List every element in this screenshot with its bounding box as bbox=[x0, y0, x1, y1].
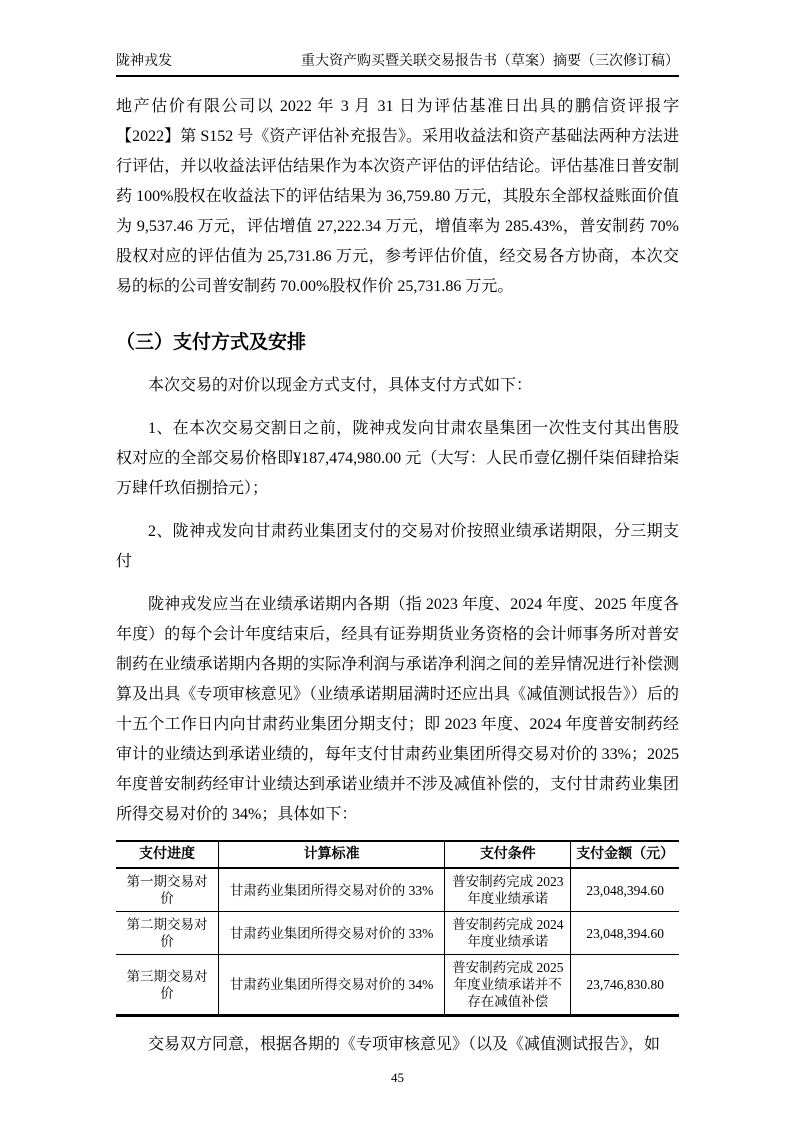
cell-stage: 第一期交易对价 bbox=[116, 868, 218, 912]
header-report-title: 重大资产购买暨关联交易报告书（草案）摘要（三次修订稿） bbox=[301, 50, 679, 70]
col-header-payment-amount: 支付金额（元） bbox=[571, 841, 679, 868]
paragraph-payment-item2: 2、陇神戎发向甘肃药业集团支付的交易对价按照业绩承诺期限，分三期支付 bbox=[116, 517, 679, 577]
cell-condition: 普安制药完成 2025 年度业绩承诺并不存在减值补偿 bbox=[445, 955, 571, 1016]
paragraph-installment-terms: 陇神戎发应当在业绩承诺期内各期（指 2023 年度、2024 年度、2025 年… bbox=[116, 590, 679, 830]
table-header-row: 支付进度 计算标准 支付条件 支付金额（元） bbox=[116, 841, 679, 868]
cell-standard: 甘肃药业集团所得交易对价的 33% bbox=[218, 868, 444, 912]
page-number: 45 bbox=[116, 1070, 679, 1086]
cell-amount: 23,048,394.60 bbox=[571, 868, 679, 912]
col-header-payment-condition: 支付条件 bbox=[445, 841, 571, 868]
table-row: 第三期交易对价 甘肃药业集团所得交易对价的 34% 普安制药完成 2025 年度… bbox=[116, 955, 679, 1016]
section-heading-payment: （三）支付方式及安排 bbox=[116, 328, 679, 358]
cell-stage: 第二期交易对价 bbox=[116, 912, 218, 955]
table-row: 第二期交易对价 甘肃药业集团所得交易对价的 33% 普安制药完成 2024 年度… bbox=[116, 912, 679, 955]
cell-condition: 普安制药完成 2024 年度业绩承诺 bbox=[445, 912, 571, 955]
cell-standard: 甘肃药业集团所得交易对价的 34% bbox=[218, 955, 444, 1016]
cell-standard: 甘肃药业集团所得交易对价的 33% bbox=[218, 912, 444, 955]
paragraph-payment-item1: 1、在本次交易交割日之前，陇神戎发向甘肃农垦集团一次性支付其出售股权对应的全部交… bbox=[116, 414, 679, 504]
page-header: 陇神戎发 重大资产购买暨关联交易报告书（草案）摘要（三次修订稿） bbox=[116, 50, 679, 77]
document-page: 陇神戎发 重大资产购买暨关联交易报告书（草案）摘要（三次修订稿） 地产估价有限公… bbox=[0, 0, 793, 1122]
paragraph-agreement: 交易双方同意，根据各期的《专项审核意见》（以及《减值测试报告》，如 bbox=[116, 1030, 679, 1060]
header-company-name: 陇神戎发 bbox=[116, 50, 172, 70]
paragraph-payment-intro: 本次交易的对价以现金方式支付，具体支付方式如下： bbox=[116, 371, 679, 401]
col-header-payment-stage: 支付进度 bbox=[116, 841, 218, 868]
cell-amount: 23,048,394.60 bbox=[571, 912, 679, 955]
cell-condition: 普安制药完成 2023 年度业绩承诺 bbox=[445, 868, 571, 912]
table-row: 第一期交易对价 甘肃药业集团所得交易对价的 33% 普安制药完成 2023 年度… bbox=[116, 868, 679, 912]
paragraph-valuation: 地产估价有限公司以 2022 年 3 月 31 日为评估基准日出具的鹏信资评报字… bbox=[116, 92, 679, 302]
col-header-calc-standard: 计算标准 bbox=[218, 841, 444, 868]
cell-amount: 23,746,830.80 bbox=[571, 955, 679, 1016]
cell-stage: 第三期交易对价 bbox=[116, 955, 218, 1016]
payment-schedule-table: 支付进度 计算标准 支付条件 支付金额（元） 第一期交易对价 甘肃药业集团所得交… bbox=[116, 840, 679, 1017]
